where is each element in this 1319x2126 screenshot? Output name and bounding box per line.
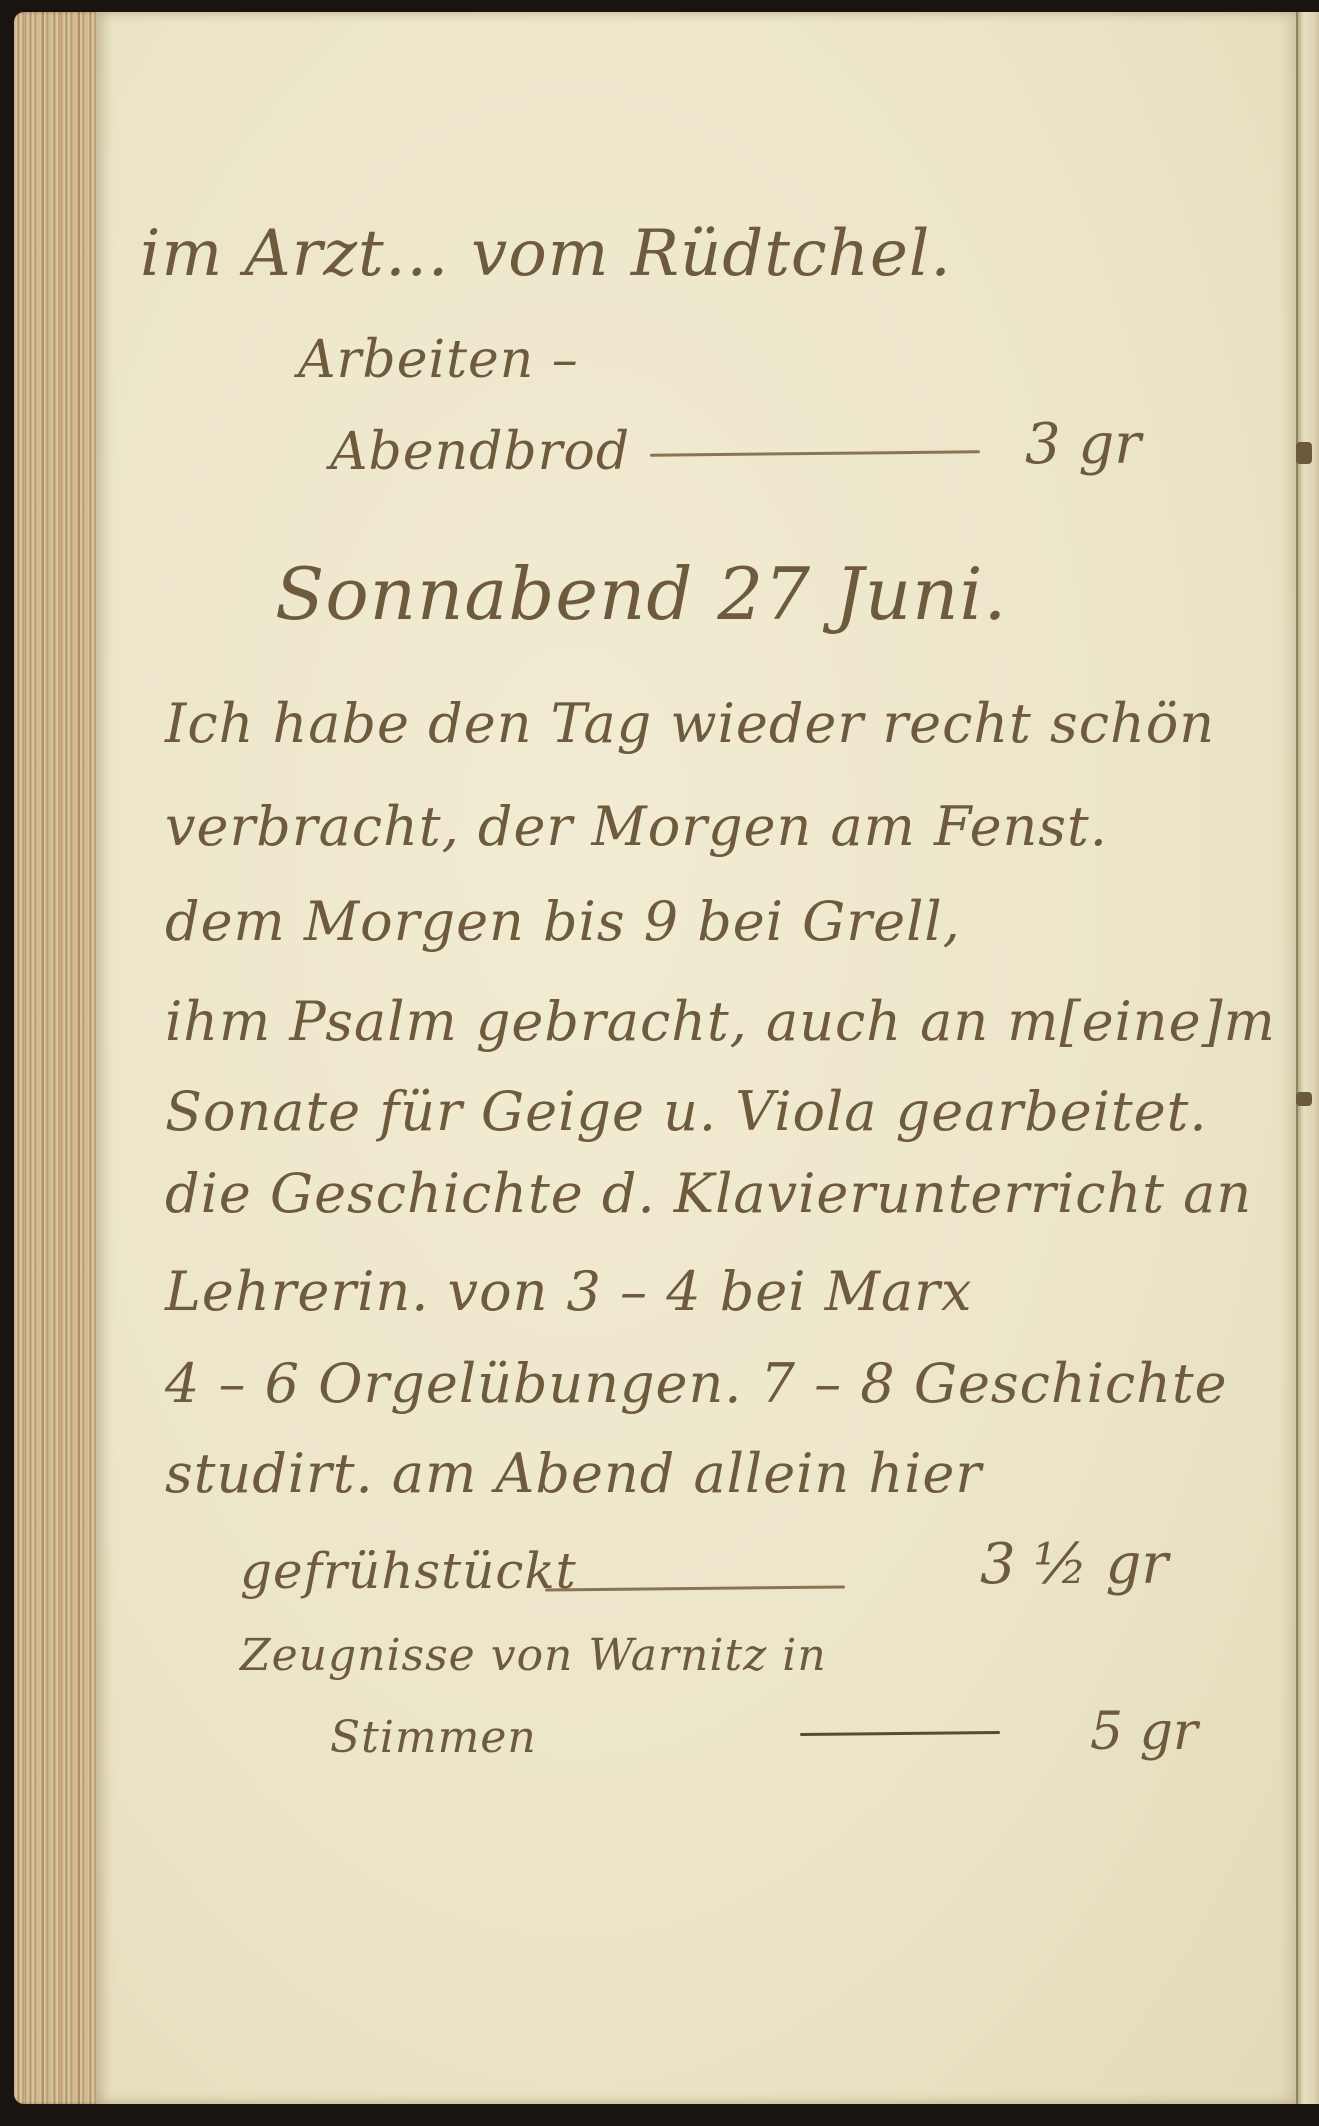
body-line: verbracht, der Morgen am Fenst. [165, 795, 1108, 858]
page-stack-edge [14, 12, 104, 2104]
date-heading: Sonnabend 27 Juni. [275, 552, 1007, 636]
expense-label: Stimmen [330, 1712, 537, 1763]
body-line: Sonate für Geige u. Viola gearbeitet. [165, 1080, 1208, 1143]
body-line: die Geschichte d. Klavierunterricht an [165, 1162, 1252, 1225]
body-line: 4 – 6 Orgelübungen. 7 – 8 Geschichte [165, 1352, 1228, 1415]
body-line: Ich habe den Tag wieder recht schön [165, 692, 1215, 755]
expense-amount: 3 ½ gr [980, 1532, 1168, 1597]
expense-label: gefrühstückt [240, 1542, 577, 1600]
body-line: dem Morgen bis 9 bei Grell, [165, 890, 961, 953]
body-line: Lehrerin. von 3 – 4 bei Marx [165, 1260, 972, 1323]
expense-label: Zeugnisse von Warnitz in [240, 1630, 827, 1681]
book: im Arzt… vom Rüdtchel. Arbeiten – Abendb… [0, 12, 1319, 2112]
body-line: studirt. am Abend allein hier [165, 1442, 982, 1505]
book-gutter [1296, 12, 1319, 2104]
entry-line: im Arzt… vom Rüdtchel. [140, 217, 952, 291]
manuscript-page [96, 12, 1296, 2104]
body-line: ihm Psalm gebracht, auch an m[eine]m [165, 990, 1276, 1053]
binding-notch [1296, 442, 1312, 464]
expense-amount: 3 gr [1025, 412, 1141, 477]
entry-line: Arbeiten – [298, 330, 579, 390]
binding-notch [1296, 1092, 1312, 1106]
expense-amount: 5 gr [1090, 1702, 1198, 1762]
expense-label: Abendbrod [330, 422, 630, 482]
